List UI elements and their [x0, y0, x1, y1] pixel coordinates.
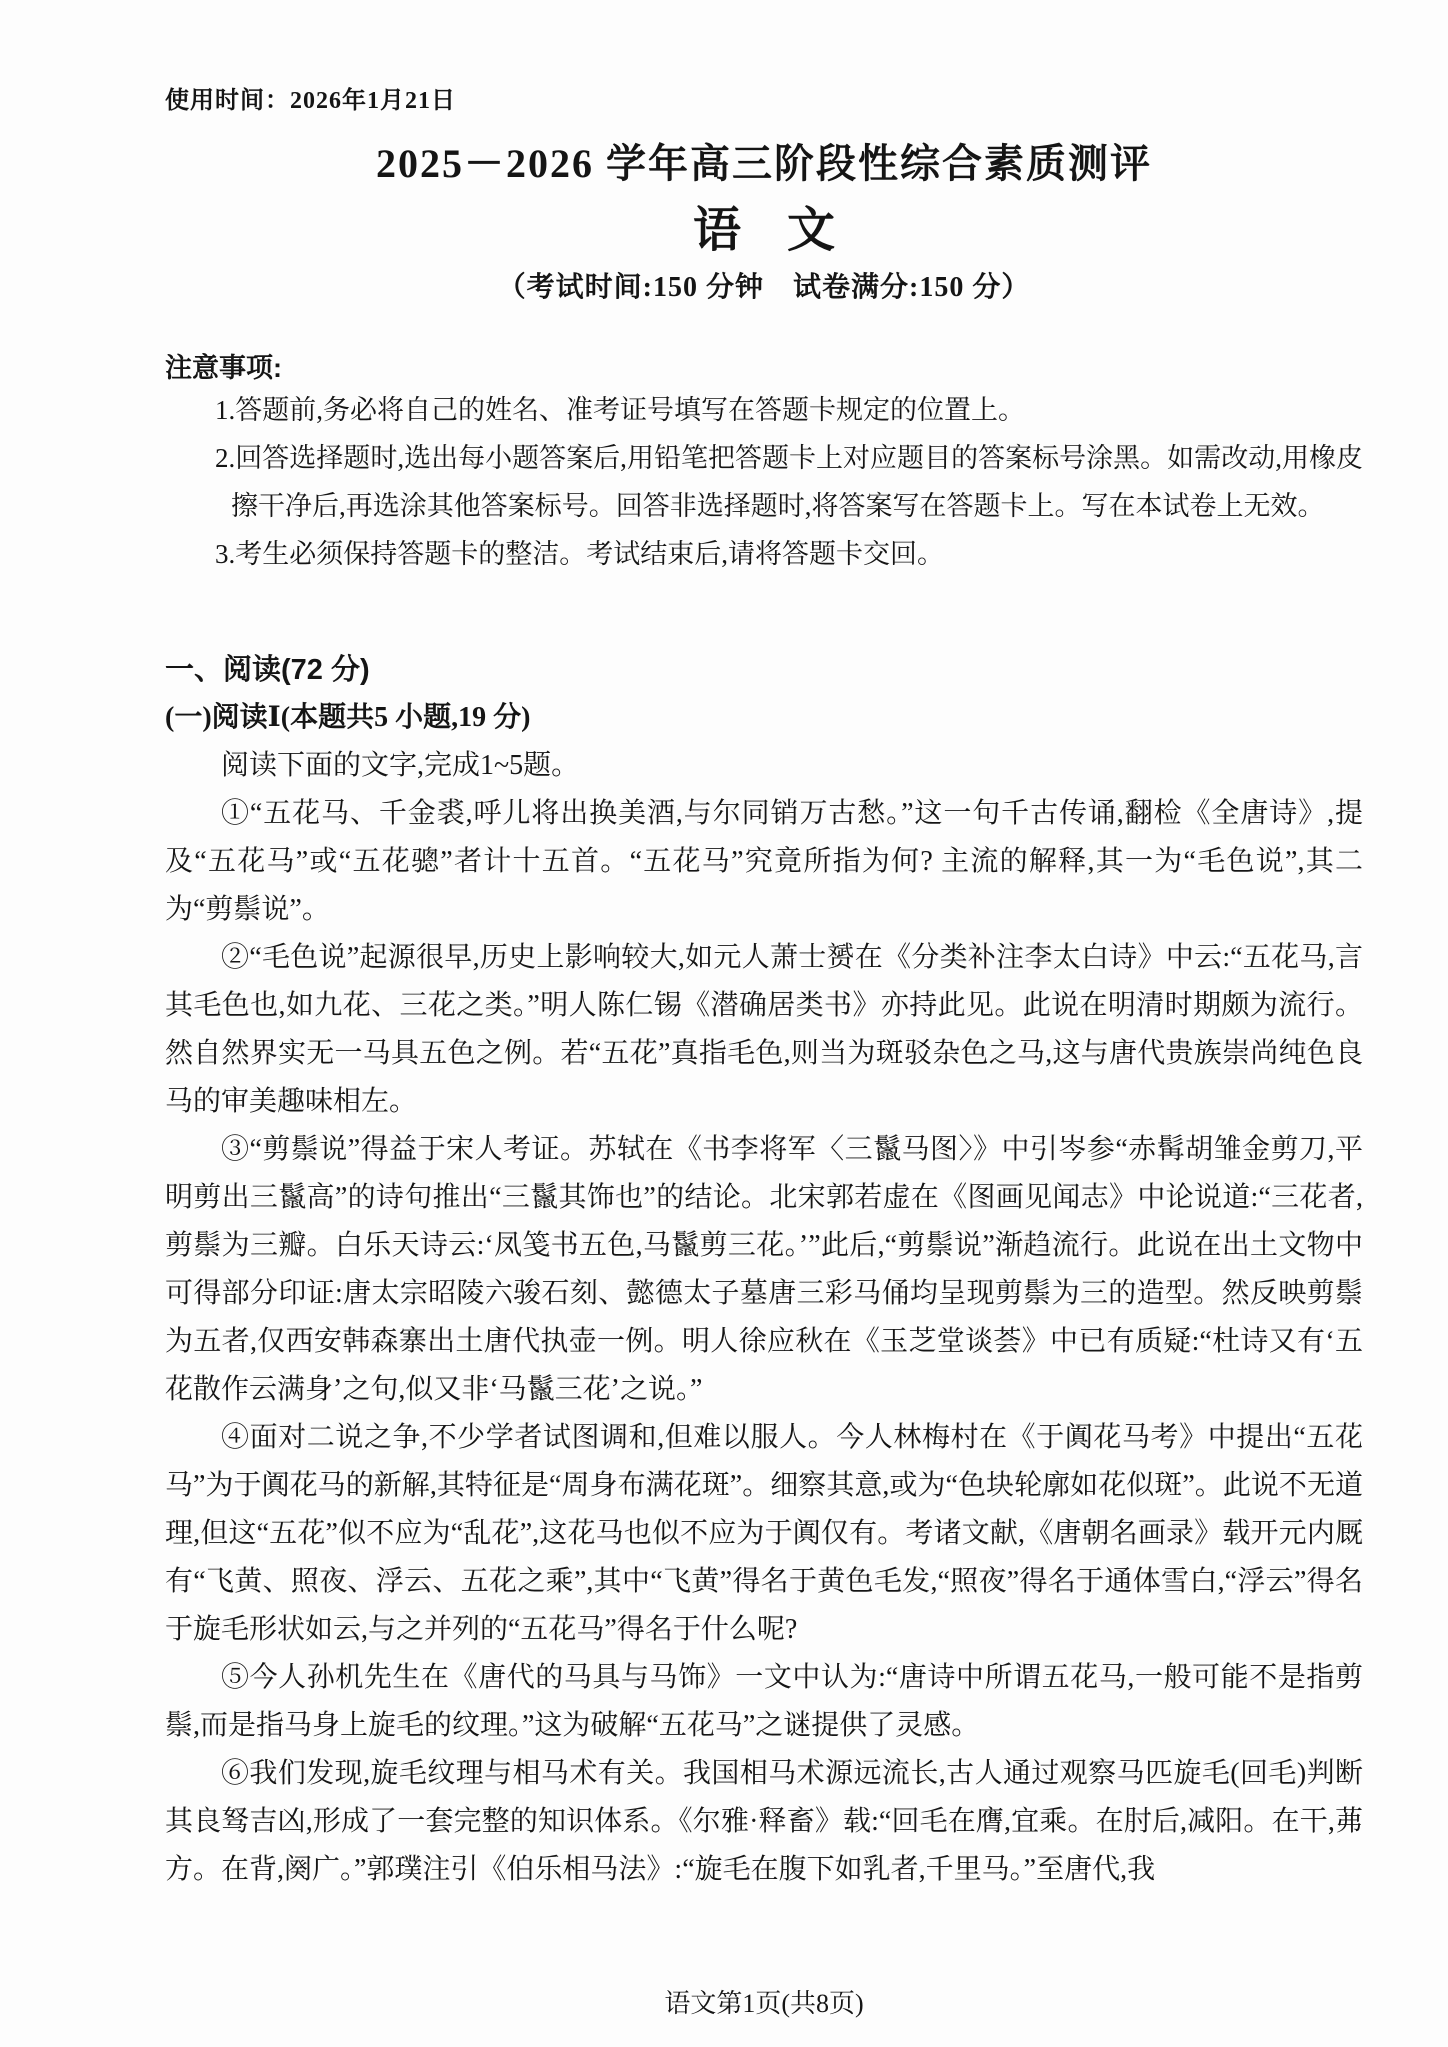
- exam-time-score-info: （考试时间:150 分钟 试卷满分:150 分）: [165, 270, 1363, 306]
- passage-paragraph-4: ④面对二说之争,不少学者试图调和,但难以服人。今人林梅村在《于阗花马考》中提出“…: [165, 1414, 1363, 1654]
- passage-paragraph-1: ①“五花马、千金裘,呼儿将出换美酒,与尔同销万古愁。”这一句千古传诵,翻检《全唐…: [165, 790, 1363, 934]
- page-footer: 语文第1页(共8页): [165, 1988, 1363, 2020]
- exam-paper-page: 使用时间：2026年1月21日 2025－2026 学年高三阶段性综合素质测评 …: [0, 0, 1448, 2047]
- usage-time-label: 使用时间：2026年1月21日: [165, 86, 1363, 116]
- passage-paragraph-6: ⑥我们发现,旋毛纹理与相马术有关。我国相马术源远流长,古人通过观察马匹旋毛(回毛…: [165, 1750, 1363, 1894]
- section-heading-reading: 一、阅读(72 分): [165, 646, 1363, 694]
- passage-paragraph-5: ⑤今人孙机先生在《唐代的马具与马饰》一文中认为:“唐诗中所谓五花马,一般可能不是…: [165, 1654, 1363, 1750]
- passage-paragraph-2: ②“毛色说”起源很早,历史上影响较大,如元人萧士赟在《分类补注李太白诗》中云:“…: [165, 934, 1363, 1126]
- exam-title: 2025－2026 学年高三阶段性综合素质测评: [165, 138, 1363, 190]
- notice-item-2: 2.回答选择题时,选出每小题答案后,用铅笔把答题卡上对应题目的答案标号涂黑。如需…: [165, 434, 1363, 530]
- notice-section: 注意事项: 1.答题前,务必将自己的姓名、准考证号填写在答题卡规定的位置上。 2…: [165, 350, 1363, 578]
- passage-paragraph-3: ③“剪鬃说”得益于宋人考证。苏轼在《书李将军〈三鬣马图〉》中引岑参“赤髯胡雏金剪…: [165, 1126, 1363, 1414]
- part-heading-reading-1: (一)阅读Ⅰ(本题共5 小题,19 分): [165, 694, 1363, 742]
- subject-title: 语文: [165, 202, 1363, 260]
- notice-item-1: 1.答题前,务必将自己的姓名、准考证号填写在答题卡规定的位置上。: [165, 386, 1363, 434]
- reading-instruction: 阅读下面的文字,完成1~5题。: [165, 742, 1363, 790]
- notice-heading: 注意事项:: [165, 350, 1363, 386]
- page-content: 使用时间：2026年1月21日 2025－2026 学年高三阶段性综合素质测评 …: [165, 0, 1363, 1894]
- notice-item-3: 3.考生必须保持答题卡的整洁。考试结束后,请将答题卡交回。: [165, 530, 1363, 578]
